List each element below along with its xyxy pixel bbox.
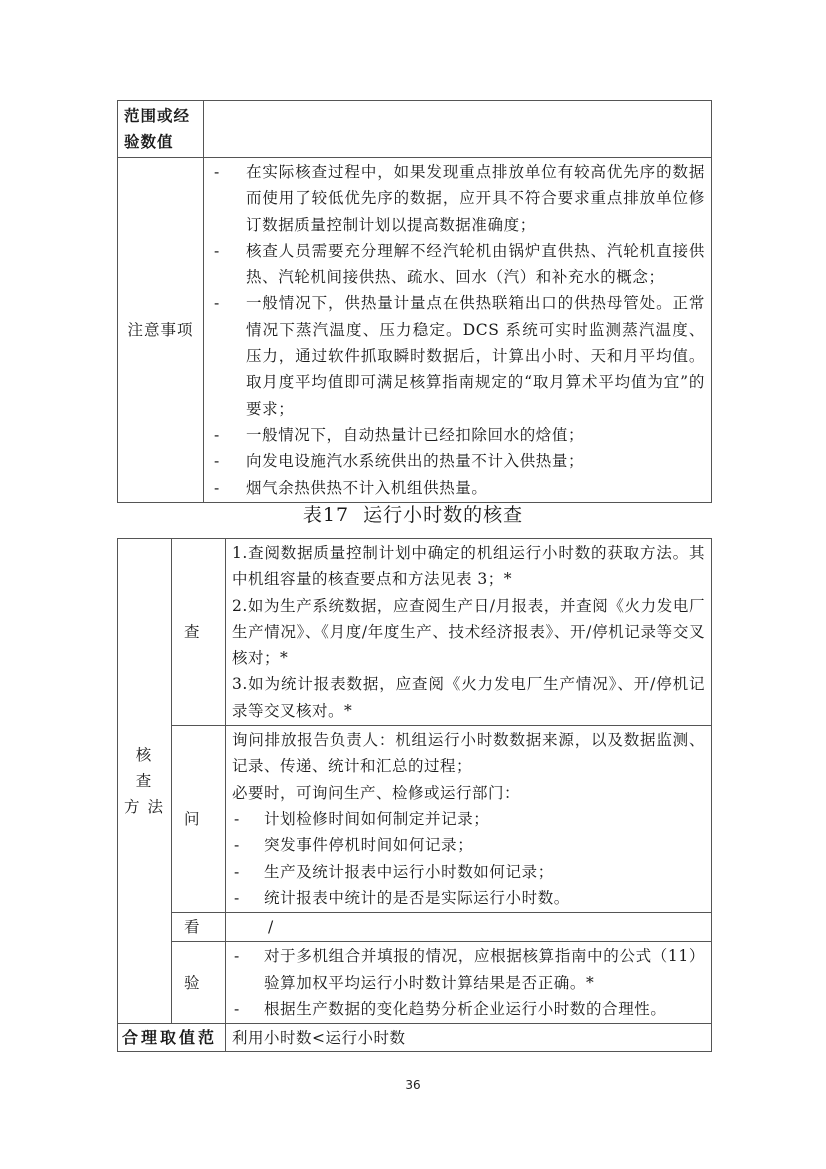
sub-label-check: 查 <box>172 539 226 726</box>
table-caption: 表17运行小时数的核查 <box>0 501 826 529</box>
bullet-dash: - <box>212 290 246 316</box>
table-row-range: 合理取值范 利用小时数<运行小时数 <box>118 1024 712 1052</box>
paragraph: 3.如为统计报表数据，应查阅《火力发电厂生产情况》、开/停机记录等交叉核对。* <box>232 671 705 724</box>
page-number: 36 <box>0 1078 826 1092</box>
paragraph: 2.如为生产系统数据，应查阅生产日/月报表，并查阅《火力发电厂生产情况》、《月度… <box>232 593 705 672</box>
table-row-ask: 问 询问排放报告负责人：机组运行小时数数据来源，以及数据监测、记录、传递、统计和… <box>118 726 712 913</box>
list-item: - 烟气余热供热不计入机组供热量。 <box>212 475 705 501</box>
list-item-text: 核查人员需要充分理解不经汽轮机由锅炉直供热、汽轮机直接供热、汽轮机间接供热、疏水… <box>246 238 705 291</box>
bullet-dash: - <box>212 448 246 474</box>
list-item-text: 烟气余热供热不计入机组供热量。 <box>246 475 705 501</box>
list-item: - 生产及统计报表中运行小时数如何记录； <box>232 859 705 885</box>
list-item-text: 计划检修时间如何制定并记录； <box>264 806 705 832</box>
look-content-cell: / <box>226 913 712 942</box>
range-label-cell: 合理取值范 <box>118 1024 226 1052</box>
document-page: 范围或经 验数值 注意事项 - 在实际核查过程中，如果发现重点排放单位有较高优先… <box>0 0 826 1169</box>
table-number: 表17 <box>303 504 349 526</box>
method-label-line-1: 核 查 <box>124 742 171 794</box>
verify-content-cell: - 对于多机组合并填报的情况，应根据核算指南中的公式（11）验算加权平均运行小时… <box>226 942 712 1024</box>
bullet-dash: - <box>232 996 264 1022</box>
range-label-line-1: 范围或经 <box>124 103 197 129</box>
ask-content-cell: 询问排放报告负责人：机组运行小时数数据来源，以及数据监测、记录、传递、统计和汇总… <box>226 726 712 913</box>
table-row-verify: 验 - 对于多机组合并填报的情况，应根据核算指南中的公式（11）验算加权平均运行… <box>118 942 712 1024</box>
table-row-range: 范围或经 验数值 <box>118 101 712 158</box>
table-17: 核 查 方法 查 1.查阅数据质量控制计划中确定的机组运行小时数的获取方法。其中… <box>117 538 712 1052</box>
list-item: - 向发电设施汽水系统供出的热量不计入供热量； <box>212 448 705 474</box>
bullet-dash: - <box>212 159 246 185</box>
table-row-notes: 注意事项 - 在实际核查过程中，如果发现重点排放单位有较高优先序的数据而使用了较… <box>118 158 712 503</box>
list-item-text: 突发事件停机时间如何记录； <box>264 832 705 858</box>
range-value-cell: 利用小时数<运行小时数 <box>226 1024 712 1052</box>
look-value: / <box>232 918 273 936</box>
sub-label-ask: 问 <box>172 726 226 913</box>
list-item: - 突发事件停机时间如何记录； <box>232 832 705 858</box>
list-item: - 在实际核查过程中，如果发现重点排放单位有较高优先序的数据而使用了较低优先序的… <box>212 159 705 238</box>
list-item: - 计划检修时间如何制定并记录； <box>232 806 705 832</box>
bullet-dash: - <box>232 859 264 885</box>
bullet-dash: - <box>232 943 264 969</box>
list-item-text: 对于多机组合并填报的情况，应根据核算指南中的公式（11）验算加权平均运行小时数计… <box>264 943 705 996</box>
notes-content-cell: - 在实际核查过程中，如果发现重点排放单位有较高优先序的数据而使用了较低优先序的… <box>204 158 712 503</box>
list-item-text: 在实际核查过程中，如果发现重点排放单位有较高优先序的数据而使用了较低优先序的数据… <box>246 159 705 238</box>
check-content-cell: 1.查阅数据质量控制计划中确定的机组运行小时数的获取方法。其中机组容量的核查要点… <box>226 539 712 726</box>
bullet-dash: - <box>232 832 264 858</box>
bullet-dash: - <box>232 885 264 911</box>
bullet-dash: - <box>212 238 246 264</box>
bullet-dash: - <box>212 475 246 501</box>
method-label-cell: 核 查 方法 <box>118 539 172 1024</box>
paragraph: 1.查阅数据质量控制计划中确定的机组运行小时数的获取方法。其中机组容量的核查要点… <box>232 540 705 593</box>
table-title: 运行小时数的核查 <box>363 504 523 526</box>
table-16-continuation: 范围或经 验数值 注意事项 - 在实际核查过程中，如果发现重点排放单位有较高优先… <box>117 100 712 503</box>
list-item: - 核查人员需要充分理解不经汽轮机由锅炉直供热、汽轮机直接供热、汽轮机间接供热、… <box>212 238 705 291</box>
list-item: - 一般情况下，自动热量计已经扣除回水的焓值； <box>212 422 705 448</box>
range-value-cell <box>204 101 712 158</box>
list-item: - 对于多机组合并填报的情况，应根据核算指南中的公式（11）验算加权平均运行小时… <box>232 943 705 996</box>
list-item: - 统计报表中统计的是否是实际运行小时数。 <box>232 885 705 911</box>
list-item-text: 一般情况下，自动热量计已经扣除回水的焓值； <box>246 422 705 448</box>
bullet-dash: - <box>212 422 246 448</box>
range-label-cell: 范围或经 验数值 <box>118 101 204 158</box>
sub-label-verify: 验 <box>172 942 226 1024</box>
paragraph: 询问排放报告负责人：机组运行小时数数据来源，以及数据监测、记录、传递、统计和汇总… <box>232 727 705 780</box>
method-label-line-2: 方法 <box>124 794 171 820</box>
bullet-dash: - <box>232 806 264 832</box>
list-item-text: 生产及统计报表中运行小时数如何记录； <box>264 859 705 885</box>
range-label-line-2: 验数值 <box>124 129 197 155</box>
sub-label-look: 看 <box>172 913 226 942</box>
list-item: - 一般情况下，供热量计量点在供热联箱出口的供热母管处。正常情况下蒸汽温度、压力… <box>212 290 705 421</box>
list-item-text: 根据生产数据的变化趋势分析企业运行小时数的合理性。 <box>264 996 705 1022</box>
list-item-text: 向发电设施汽水系统供出的热量不计入供热量； <box>246 448 705 474</box>
list-item: - 根据生产数据的变化趋势分析企业运行小时数的合理性。 <box>232 996 705 1022</box>
notes-label-cell: 注意事项 <box>118 158 204 503</box>
list-item-text: 一般情况下，供热量计量点在供热联箱出口的供热母管处。正常情况下蒸汽温度、压力稳定… <box>246 290 705 421</box>
paragraph: 必要时，可询问生产、检修或运行部门： <box>232 780 705 806</box>
list-item-text: 统计报表中统计的是否是实际运行小时数。 <box>264 885 705 911</box>
table-row-check: 核 查 方法 查 1.查阅数据质量控制计划中确定的机组运行小时数的获取方法。其中… <box>118 539 712 726</box>
table-row-look: 看 / <box>118 913 712 942</box>
